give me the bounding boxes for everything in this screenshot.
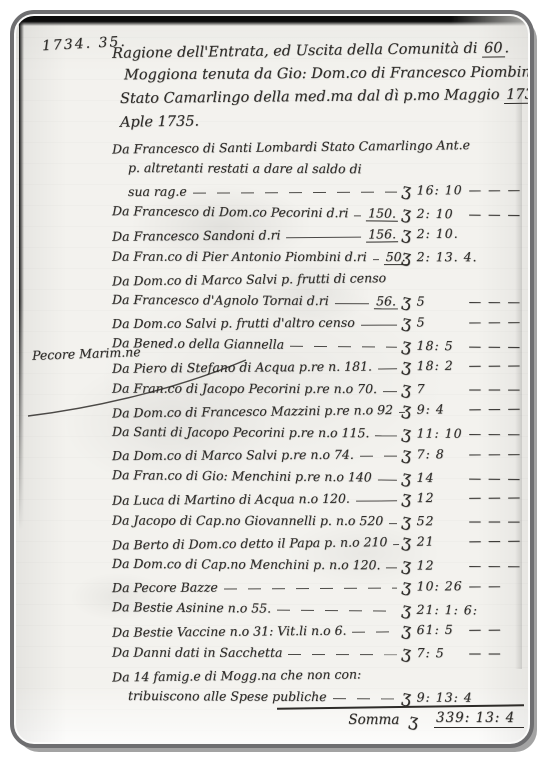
entry-text-area: Da Santi di Jacopo Pecorini p.re n.o 115… bbox=[112, 424, 402, 441]
entry-desc: Da Fran.co di Pier Antonio Piombini d.ri bbox=[112, 249, 367, 264]
entry-amount-area: ʒ 10: 26 — — bbox=[402, 578, 524, 594]
ledger-row: Da Dom.co di Marco Salvi p.re n.o 74. ʒ … bbox=[112, 439, 524, 463]
entry-leader-line bbox=[386, 566, 397, 568]
entry-amount: 10: 26 bbox=[417, 578, 469, 593]
entry-text-area: Da Francesco di Dom.co Pecorini d.ri 150… bbox=[112, 203, 402, 221]
somma-amount: 339: 13: 4 bbox=[434, 710, 524, 728]
entry-trailing-dashes: — — — — bbox=[469, 314, 524, 329]
entry-amount: 16: 10 bbox=[417, 182, 469, 197]
heading-line-1-period: . bbox=[504, 40, 509, 56]
entry-leader-line bbox=[287, 236, 362, 239]
ledger-row: Da Francesco Sandoni d.ri 156. ʒ 2: 10. bbox=[112, 218, 524, 244]
entry-leader-line bbox=[335, 302, 369, 304]
entry-amount-area: ʒ 21 — — — — bbox=[402, 532, 524, 548]
entry-trailing-dashes: — — — — bbox=[469, 489, 525, 504]
entry-desc: Da Francesco di Dom.co Pecorini d.ri bbox=[112, 203, 349, 220]
entry-leader-line bbox=[356, 499, 397, 501]
entry-text-area: Da Bened.o della Giannella bbox=[112, 335, 402, 353]
entry-desc: Da Fran.co di Jacopo Pecorini p.re n.o 7… bbox=[112, 381, 377, 396]
entry-amount: 7: 8 bbox=[417, 446, 469, 461]
entry-amount: 61: 5 bbox=[417, 622, 469, 637]
brace-mark: ʒ bbox=[401, 402, 413, 418]
brace-mark: ʒ bbox=[401, 490, 413, 506]
entry-trailing-dashes: — — — bbox=[469, 357, 525, 372]
ledger-row: Da Bestie Vaccine n.o 31: Vit.li n.o 6. … bbox=[112, 614, 524, 640]
entry-leader-line bbox=[352, 631, 397, 633]
ledger-row: Da Jacopo di Cap.no Giovannelli p. n.o 5… bbox=[112, 506, 524, 529]
entry-trailing-dashes: — — bbox=[469, 578, 524, 593]
entry-amount: 2: 10. bbox=[417, 226, 469, 241]
entry-leader-line bbox=[288, 654, 397, 655]
entry-text-area: Da Fran.co di Gio: Menchini p.re n.o 140 bbox=[112, 467, 402, 485]
entry-trailing-dashes: — — — — bbox=[469, 532, 525, 548]
entry-desc: Da Fran.co di Gio: Menchini p.re n.o 140 bbox=[112, 467, 372, 484]
entry-amount-area: ʒ 61: 5 — — bbox=[402, 621, 524, 637]
entry-leader-line bbox=[277, 609, 397, 611]
entry-amount: 9: 4 bbox=[417, 401, 469, 417]
brace-mark: ʒ bbox=[401, 447, 413, 463]
entry-trailing-dashes: — — — bbox=[469, 400, 525, 416]
entry-desc: Da Francesco d'Agnolo Tornai d.ri bbox=[112, 292, 329, 308]
entry-leader-line bbox=[360, 455, 397, 456]
entry-trailing-dashes: — — — — bbox=[469, 182, 524, 197]
somma-label: Somma bbox=[348, 712, 399, 728]
screenshot-root: 1734. 35. Ragione dell'Entrata, ed Uscit… bbox=[0, 0, 546, 760]
brace-mark: ʒ bbox=[401, 183, 413, 199]
entry-loan-number: 156. bbox=[366, 226, 398, 242]
entry-amount-area: ʒ 2: 10. bbox=[402, 225, 524, 241]
ledger-row: Da Fran.co di Pier Antonio Piombini d.ri… bbox=[112, 242, 524, 265]
entry-trailing-dashes: — — bbox=[469, 621, 525, 636]
ledger-row: Da Piero di Stefano di Acqua p.re n. 181… bbox=[112, 350, 524, 376]
entry-text-area: Da Francesco d'Agnolo Tornai d.ri 56. bbox=[112, 292, 402, 309]
ledger-row: Da Santi di Jacopo Pecorini p.re n.o 115… bbox=[112, 417, 524, 441]
brace-mark: ʒ bbox=[401, 358, 413, 374]
entry-text-area: Da Jacopo di Cap.no Giovannelli p. n.o 5… bbox=[112, 513, 402, 529]
entry-amount-area: ʒ 16: 10 — — — — bbox=[402, 182, 524, 198]
ledger-row: Da Fran.co di Jacopo Pecorini p.re n.o 7… bbox=[112, 374, 524, 397]
scan-edge-top bbox=[16, 16, 528, 26]
entry-desc: Da Bestie Asinine n.o 55. bbox=[112, 599, 271, 615]
entry-amount: 18: 2 bbox=[417, 358, 469, 373]
entry-desc: Da Jacopo di Cap.no Giovannelli p. n.o 5… bbox=[112, 513, 383, 528]
entry-desc: Da Dom.co di Cap.no Menchini p. n.o 120. bbox=[112, 556, 381, 572]
ledger-row: Da Luca di Martino di Acqua n.o 120. ʒ 1… bbox=[112, 482, 524, 508]
entry-amount: 9: 13: 4 bbox=[417, 690, 473, 705]
heading-line-3-text: Stato Camarlingo della med.ma dal dì p.m… bbox=[120, 87, 500, 107]
brace-mark: ʒ bbox=[401, 534, 413, 550]
entry-leader-line bbox=[378, 367, 397, 369]
ledger-row: Da Francesco d'Agnolo Tornai d.ri 56. ʒ … bbox=[112, 285, 524, 309]
ledger-entries: Da Francesco di Santi Lombardi Stato Cam… bbox=[112, 132, 524, 704]
scan-edge-left bbox=[19, 22, 24, 530]
brace-mark: ʒ bbox=[401, 315, 413, 331]
ledger-row: Da Danni dati in Sacchetta ʒ 7: 5 — — bbox=[112, 638, 524, 661]
brace-mark: ʒ bbox=[401, 690, 413, 706]
manuscript-page: 1734. 35. Ragione dell'Entrata, ed Uscit… bbox=[16, 16, 528, 742]
ledger-row: Da Pecore Bazze ʒ 10: 26 — — bbox=[112, 571, 524, 595]
folio-number: 60 bbox=[482, 40, 505, 57]
entry-desc: Da Santi di Jacopo Pecorini p.re n.o 115… bbox=[112, 424, 369, 440]
heading-year: 1734. bbox=[504, 87, 528, 104]
heading-line-1-text: Ragione dell'Entrata, ed Uscita della Co… bbox=[112, 41, 478, 62]
brace-mark: ʒ bbox=[401, 226, 413, 242]
photo-frame: 1734. 35. Ragione dell'Entrata, ed Uscit… bbox=[10, 10, 534, 748]
entry-trailing-dashes: — — — bbox=[469, 446, 524, 461]
entry-leader-line bbox=[389, 522, 397, 524]
entry-leader-line bbox=[393, 543, 399, 545]
entry-desc: p. altretanti restati a dare al saldo di bbox=[112, 160, 362, 176]
ledger-row: p. altretanti restati a dare al saldo di bbox=[112, 153, 524, 177]
entry-desc: tribuiscono alle Spese publiche bbox=[112, 688, 327, 704]
brace-mark: ʒ bbox=[408, 713, 420, 729]
entry-text-area: Da Fran.co di Jacopo Pecorini p.re n.o 7… bbox=[112, 381, 402, 397]
entry-desc: Da Danni dati in Sacchetta bbox=[112, 645, 282, 660]
ledger-heading: Ragione dell'Entrata, ed Uscita della Co… bbox=[112, 40, 516, 132]
entry-amount: 21 bbox=[417, 533, 469, 549]
entry-amount-area: ʒ 18: 2 — — — bbox=[402, 357, 524, 373]
brace-mark: ʒ bbox=[401, 622, 413, 638]
entry-leader-line bbox=[375, 434, 397, 436]
entry-amount: 12 bbox=[417, 490, 469, 505]
ledger-row: tribuiscono alle Spese publiche ʒ 9: 13:… bbox=[112, 681, 524, 705]
entry-amount-area: ʒ 7: 8 — — — bbox=[402, 446, 524, 462]
entry-leader-line bbox=[193, 191, 397, 193]
entry-text-area: Da Dom.co di Cap.no Menchini p. n.o 120. bbox=[112, 556, 402, 573]
entry-leader-line bbox=[290, 345, 397, 347]
somma-row: Somma ʒ 339: 13: 4 bbox=[112, 710, 524, 728]
entry-amount-area: ʒ 9: 13: 4 bbox=[402, 689, 524, 705]
entry-text-area: Da Danni dati in Sacchetta bbox=[112, 645, 402, 661]
ledger-row: sua rag.e ʒ 16: 10 — — — — bbox=[112, 175, 524, 199]
entry-leader-line bbox=[383, 390, 397, 392]
entry-amount: 5 bbox=[417, 314, 469, 329]
entry-leader-line bbox=[361, 324, 397, 326]
entry-amount-area: ʒ 9: 4 — — — bbox=[402, 400, 524, 416]
ledger-row: Da Dom.co di Cap.no Menchini p. n.o 120.… bbox=[112, 549, 524, 573]
entry-leader-line bbox=[378, 479, 397, 481]
brace-mark: ʒ bbox=[401, 579, 413, 595]
entry-leader-line bbox=[354, 214, 361, 216]
entry-leader-line bbox=[224, 587, 397, 589]
entry-amount-area: ʒ 5 — — — — bbox=[402, 314, 524, 330]
entry-text-area: tribuiscono alle Spese publiche bbox=[112, 688, 402, 705]
entry-leader-line bbox=[373, 258, 379, 260]
entry-leader-line bbox=[333, 698, 397, 700]
entry-text-area: Da Bestie Asinine n.o 55. bbox=[112, 599, 402, 617]
ledger-row: Da Dom.co Salvi p. frutti d'altro censo … bbox=[112, 307, 524, 331]
entry-amount-area: ʒ 12 — — — — bbox=[402, 489, 524, 505]
entry-text-area: Da Fran.co di Pier Antonio Piombini d.ri… bbox=[112, 249, 402, 265]
